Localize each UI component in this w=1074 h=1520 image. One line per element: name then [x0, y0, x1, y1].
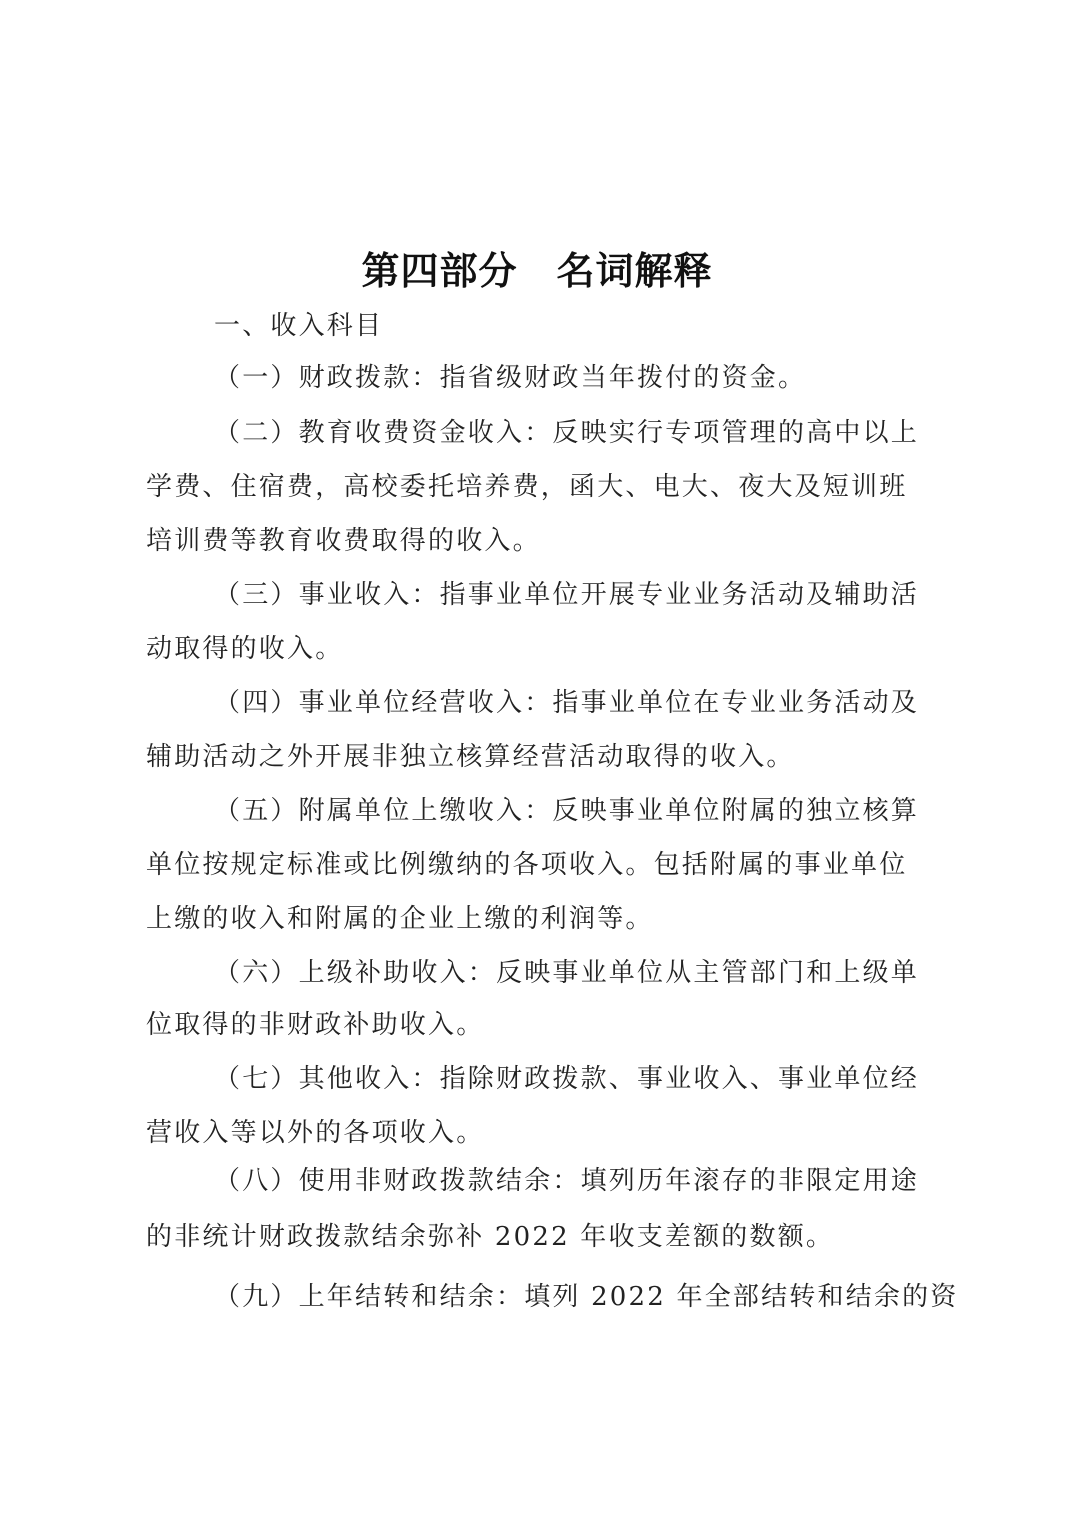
page-title: 第四部分 名词解释 [0, 240, 1074, 295]
paragraph-continuation-line: 的非统计财政拨款结余弥补 2022 年收支差额的数额。 [146, 1220, 936, 1254]
paragraph-continuation-line: 上缴的收入和附属的企业上缴的利润等。 [146, 902, 936, 936]
paragraph-continuation-line: 位取得的非财政补助收入。 [146, 1008, 936, 1042]
paragraph-continuation-line: 动取得的收入。 [146, 632, 936, 666]
paragraph-first-line: （六）上级补助收入：反映事业单位从主管部门和上级单 [214, 956, 1004, 990]
document-page: 第四部分 名词解释 一、收入科目 （一）财政拨款：指省级财政当年拨付的资金。（二… [0, 0, 1074, 1520]
section-heading: 一、收入科目 [214, 309, 1004, 343]
paragraph-continuation-line: 单位按规定标准或比例缴纳的各项收入。包括附属的事业单位 [146, 848, 936, 882]
paragraph-continuation-line: 营收入等以外的各项收入。 [146, 1116, 936, 1150]
paragraph-first-line: （八）使用非财政拨款结余：填列历年滚存的非限定用途 [214, 1164, 1004, 1198]
paragraph-first-line: （三）事业收入：指事业单位开展专业业务活动及辅助活 [214, 578, 1004, 612]
paragraph-first-line: （二）教育收费资金收入：反映实行专项管理的高中以上 [214, 416, 1004, 450]
paragraph-first-line: （七）其他收入：指除财政拨款、事业收入、事业单位经 [214, 1062, 1004, 1096]
paragraph-first-line: （四）事业单位经营收入：指事业单位在专业业务活动及 [214, 686, 1004, 720]
paragraph-continuation-line: 辅助活动之外开展非独立核算经营活动取得的收入。 [146, 740, 936, 774]
paragraph-continuation-line: 学费、住宿费，高校委托培养费，函大、电大、夜大及短训班 [146, 470, 936, 504]
paragraph-first-line: （五）附属单位上缴收入：反映事业单位附属的独立核算 [214, 794, 1004, 828]
paragraph-continuation-line: 培训费等教育收费取得的收入。 [146, 524, 936, 558]
paragraph-first-line: （九）上年结转和结余：填列 2022 年全部结转和结余的资 [214, 1280, 1004, 1314]
paragraph-first-line: （一）财政拨款：指省级财政当年拨付的资金。 [214, 361, 1004, 395]
